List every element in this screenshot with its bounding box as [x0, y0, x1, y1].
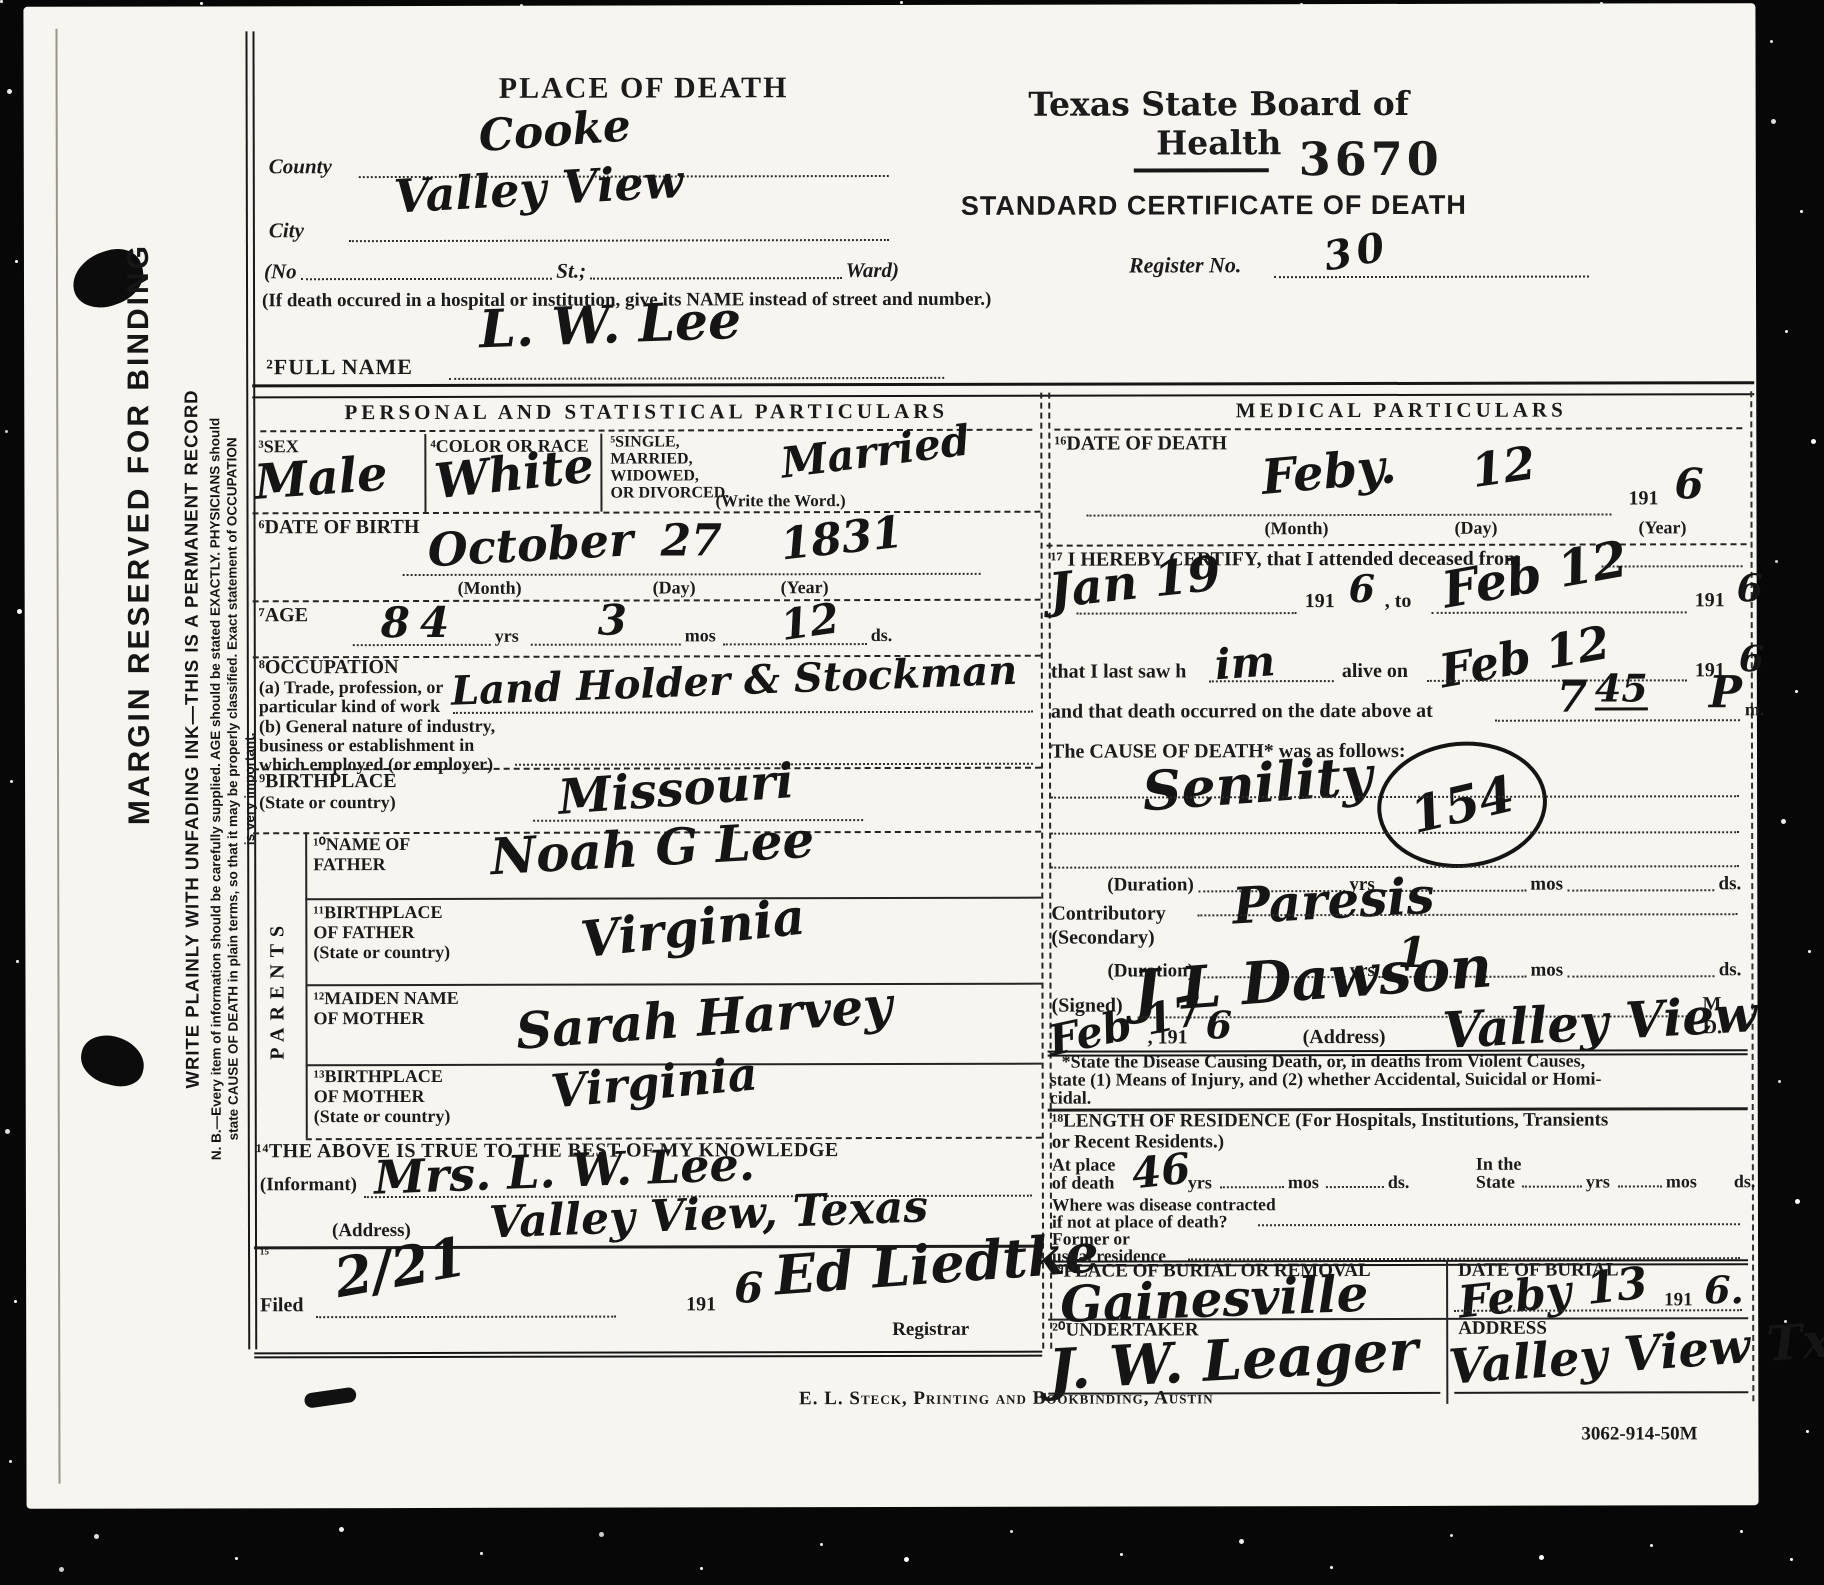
cause-code-value: 154 — [1406, 769, 1519, 841]
certificate-paper: MARGIN RESERVED FOR BINDING WRITE PLAINL… — [23, 3, 1758, 1509]
county-value: Cooke — [477, 104, 632, 159]
residence-block: ¹⁸LENGTH OF RESIDENCE (For Hospitals, In… — [1048, 1107, 1748, 1266]
contributory-block: Paresis Contributory (Secondary) (Durati… — [1047, 887, 1747, 1056]
state-leader-2 — [1618, 1185, 1662, 1187]
father-name-label-2: FATHER — [313, 854, 385, 875]
paper-fold-line — [55, 29, 60, 1484]
printer-ornament — [304, 1387, 358, 1409]
dod-leader — [1086, 513, 1611, 516]
city-label: City — [269, 218, 304, 243]
to-year-digit: 6 — [1737, 569, 1764, 607]
street-no-label: (No — [264, 259, 297, 284]
certificate-number-dash — [1134, 168, 1269, 172]
street-leader-1 — [301, 278, 553, 281]
dob-month-value: October — [426, 516, 634, 573]
at-place-label-2: of death — [1052, 1173, 1115, 1194]
sex-cell: ³SEX Male — [252, 434, 426, 512]
dod-month-label: (Month) — [1265, 518, 1329, 539]
to-leader — [1432, 611, 1687, 614]
certificate-number: 3670 — [1299, 132, 1443, 186]
street-row: (No St.; Ward) — [264, 255, 899, 284]
occupation-a-line2: particular kind of work — [259, 696, 440, 717]
age-months-value: 3 — [598, 600, 627, 642]
mother-name-label-1: ¹²MAIDEN NAME — [313, 988, 458, 1009]
burial-year-digit: 6. — [1704, 1271, 1744, 1309]
age-yrs-label: yrs — [495, 626, 519, 647]
mother-name-value: Sarah Harvey — [514, 980, 894, 1057]
dod-year-label: (Year) — [1639, 517, 1687, 538]
footnote-line3: cidal. — [1050, 1089, 1092, 1107]
mother-birthplace-label-2: OF MOTHER — [314, 1086, 425, 1107]
age-label: ⁷AGE — [259, 604, 308, 627]
dod-day-value: 12 — [1468, 439, 1538, 494]
age-ds-label: ds. — [871, 625, 893, 646]
contributory-duration-leader-3 — [1567, 975, 1715, 977]
residence-label-1: ¹⁸LENGTH OF RESIDENCE (For Hospitals, In… — [1052, 1109, 1609, 1132]
cause-of-death-value: Senility — [1140, 748, 1374, 818]
margin-write-plainly-text: WRITE PLAINLY WITH UNFADING INK—THIS IS … — [180, 131, 207, 1346]
cause-footnote: *State the Disease Causing Death, or, in… — [1048, 1049, 1748, 1111]
registrar-label: Registrar — [892, 1319, 969, 1341]
death-at-label: and that death occurred on the date abov… — [1051, 700, 1433, 724]
color-race-value: White — [432, 441, 596, 506]
father-birthplace-soc: (State or country) — [313, 942, 450, 963]
father-birthplace-label-1: ¹¹BIRTHPLACE — [313, 902, 442, 923]
burial-date-cell: DATE OF BURIAL Feby 13 191 6. — [1446, 1259, 1748, 1318]
contributory-duration-ds: ds. — [1719, 959, 1742, 981]
street-st-label: St.; — [556, 259, 586, 284]
binding-hole-bottom — [76, 1030, 150, 1092]
marital-label-2: MARRIED, — [610, 450, 692, 468]
filed-label: Filed — [260, 1294, 303, 1317]
full-name-row: ²FULL NAME L. W. Lee — [264, 327, 944, 384]
place-of-death-title: PLACE OF DEATH — [444, 71, 844, 106]
father-name-label-1: ¹⁰NAME OF — [313, 834, 410, 855]
age-years-value: 84 — [381, 602, 460, 644]
death-ampm: P — [1709, 671, 1742, 715]
city-value: Valley View — [393, 158, 685, 220]
dob-month-label: (Month) — [458, 578, 522, 599]
at-place-ds: ds. — [1388, 1172, 1410, 1193]
street-leader-2 — [590, 277, 842, 280]
contributory-duration-mos: mos — [1530, 960, 1563, 982]
filed-year-digit: 6 — [734, 1267, 763, 1309]
burial-place-cell: ¹⁹PLACE OF BURIAL OR REMOVAL Gainesville — [1048, 1260, 1448, 1319]
sex-color-marital-row: ³SEX Male ⁴COLOR OR RACE White ⁵SINGLE, … — [252, 433, 1040, 515]
form-number: 3062-914-50M — [1581, 1423, 1697, 1445]
at-place-leader-1 — [1220, 1186, 1284, 1188]
at-place-leader-2 — [1326, 1186, 1384, 1188]
burial-row: ¹⁹PLACE OF BURIAL OR REMOVAL Gainesville… — [1048, 1259, 1748, 1320]
signed-address-value: Valley View — [1441, 989, 1758, 1056]
father-name-row: ¹⁰NAME OF FATHER Noah G Lee — [305, 831, 1041, 901]
contributory-label-2: (Secondary) — [1051, 926, 1154, 949]
from-leader — [1077, 612, 1297, 614]
mother-birthplace-label-1: ¹³BIRTHPLACE — [314, 1066, 443, 1087]
undertaker-address-cell: ADDRESS Valley View Tx. — [1446, 1317, 1748, 1404]
contributory-label-1: Contributory — [1051, 902, 1166, 925]
father-birthplace-value: Virginia — [578, 892, 807, 966]
marital-label-1: ⁵SINGLE, — [610, 433, 679, 451]
signed-191-label: , 191 — [1148, 1026, 1188, 1049]
residence-years-value: 46 — [1130, 1147, 1193, 1195]
certify-block: ¹⁷ I HEREBY CERTIFY, that I attended dec… — [1047, 543, 1748, 888]
dod-year-digit: 6 — [1674, 463, 1703, 505]
from-191-label: 191 — [1305, 590, 1335, 613]
sex-value: Male — [253, 449, 389, 506]
father-birthplace-row: ¹¹BIRTHPLACE OF FATHER (State or country… — [305, 897, 1041, 987]
filed-191-label: 191 — [686, 1293, 716, 1316]
dod-month-value: Feby. — [1260, 442, 1398, 502]
background-speckles — [0, 0, 3, 3]
marital-cell: ⁵SINGLE, MARRIED, WIDOWED, OR DIVORCED. … — [600, 433, 1040, 512]
register-row: Register No. 30 — [1129, 240, 1589, 285]
certificate-title: STANDARD CERTIFICATE OF DEATH — [954, 190, 1474, 222]
dod-191-label: 191 — [1628, 487, 1658, 510]
full-name-label: ²FULL NAME — [266, 354, 413, 380]
personal-section: PERSONAL AND STATISTICAL PARTICULARS ³SE… — [252, 393, 1042, 1353]
contracted-leader — [1258, 1223, 1740, 1226]
date-of-death-label: ¹⁶DATE OF DEATH — [1054, 432, 1227, 455]
city-leader — [349, 239, 889, 242]
age-leader-2 — [531, 643, 681, 645]
date-of-birth-row: ⁶DATE OF BIRTH October 27 1831 (Month) (… — [252, 511, 1040, 603]
signed-address-label: (Address) — [1303, 1026, 1386, 1049]
death-at-leader — [1495, 719, 1740, 722]
parents-label: PARENTS — [266, 864, 295, 1114]
contributory-leader — [1197, 913, 1737, 916]
date-of-death-row: ¹⁶DATE OF DEATH Feby. 12 191 6 (Month) (… — [1046, 431, 1746, 546]
state-yrs: yrs — [1586, 1171, 1610, 1192]
filed-row: ¹⁵ Filed 2/21 191 6 Ed Liedtke Registrar — [254, 1245, 1042, 1359]
date-of-birth-label: ⁶DATE OF BIRTH — [258, 516, 419, 539]
full-name-leader — [449, 377, 944, 380]
death-time-minutes: 45 — [1595, 669, 1648, 710]
last-saw-year-digit: 6 — [1739, 641, 1764, 677]
death-m-label: m. — [1745, 699, 1765, 720]
age-mos-label: mos — [685, 625, 716, 646]
mother-name-label-2: OF MOTHER — [314, 1008, 425, 1029]
marital-label-3: WIDOWED, — [610, 467, 698, 485]
certificate-number-row: 3670 — [1109, 126, 1489, 183]
dod-day-label: (Day) — [1455, 518, 1498, 539]
attended-to-date: Feb 12 — [1439, 534, 1631, 616]
street-ward-label: Ward) — [846, 258, 899, 283]
parents-block: PARENTS ¹⁰NAME OF FATHER Noah G Lee ¹¹BI… — [253, 831, 1042, 1139]
last-saw-leader — [1209, 680, 1334, 682]
father-birthplace-label-2: OF FATHER — [313, 922, 414, 943]
color-race-cell: ⁴COLOR OR RACE White — [424, 434, 602, 512]
alive-on-label: alive on — [1342, 660, 1408, 683]
age-days-value: 12 — [778, 597, 842, 647]
county-label: County — [269, 154, 332, 179]
register-value: 30 — [1321, 227, 1393, 278]
state-label: State — [1476, 1172, 1515, 1193]
mother-birthplace-soc: (State or country) — [314, 1106, 451, 1127]
register-label: Register No. — [1129, 252, 1242, 278]
filed-leader — [316, 1316, 616, 1319]
death-time-hour: 7 — [1557, 676, 1588, 720]
marital-label-4: OR DIVORCED. — [610, 484, 729, 502]
last-saw-label: that I last saw h — [1051, 660, 1187, 683]
dob-leader — [403, 573, 981, 576]
state-mos: mos — [1666, 1171, 1697, 1192]
age-leader-3 — [723, 643, 867, 645]
full-name-value: L. W. Lee — [478, 295, 742, 357]
mother-birthplace-row: ¹³BIRTHPLACE OF MOTHER (State or country… — [306, 1063, 1042, 1141]
signed-year-digit: 6 — [1206, 1006, 1233, 1044]
at-place-yrs: yrs — [1188, 1172, 1212, 1193]
medical-section: MEDICAL PARTICULARS ¹⁶DATE OF DEATH Feby… — [1046, 391, 1758, 1404]
occupation-row: ⁸OCCUPATION (a) Trade, profession, or pa… — [253, 655, 1041, 771]
age-leader-1 — [353, 644, 491, 646]
dob-year-value: 1831 — [779, 511, 905, 568]
occupation-label: ⁸OCCUPATION — [259, 656, 399, 679]
state-ds: ds. — [1734, 1171, 1756, 1192]
undertaker-address-rule — [1454, 1391, 1748, 1394]
burial-191-label: 191 — [1664, 1289, 1693, 1311]
margin-reserved-text: MARGIN RESERVED FOR BINDING — [122, 117, 169, 952]
footnote-line2: state (1) Means of Injury, and (2) wheth… — [1050, 1070, 1602, 1089]
marital-note: (Write the Word.) — [715, 491, 845, 511]
father-name-value: Noah G Lee — [489, 815, 815, 883]
burial-date-leader — [1454, 1309, 1742, 1312]
to-191-label: 191 — [1695, 589, 1725, 612]
dob-day-label: (Day) — [653, 577, 696, 598]
to-label: , to — [1385, 590, 1412, 613]
birthplace-label: ⁹BIRTHPLACE — [259, 770, 397, 793]
city-row: City Valley View — [264, 187, 889, 246]
occupation-value: Land Holder & Stockman — [450, 651, 1018, 712]
dob-day-value: 27 — [661, 519, 722, 563]
medical-section-title: MEDICAL PARTICULARS — [1046, 397, 1756, 423]
filed-sup: ¹⁵ — [260, 1246, 269, 1263]
informant-label: (Informant) — [260, 1174, 357, 1196]
at-place-mos: mos — [1288, 1172, 1319, 1193]
medical-title-rule — [1054, 427, 1742, 430]
parents-strip: PARENTS — [253, 832, 308, 1138]
register-leader — [1274, 276, 1589, 279]
birthplace-soc-label: (State or country) — [259, 792, 396, 813]
contributory-value: Paresis — [1231, 871, 1436, 932]
state-leader-1 — [1522, 1186, 1582, 1188]
from-year-digit: 6 — [1349, 570, 1376, 608]
printer-imprint: E. L. Steck, Printing and Bookbinding, A… — [716, 1387, 1296, 1410]
